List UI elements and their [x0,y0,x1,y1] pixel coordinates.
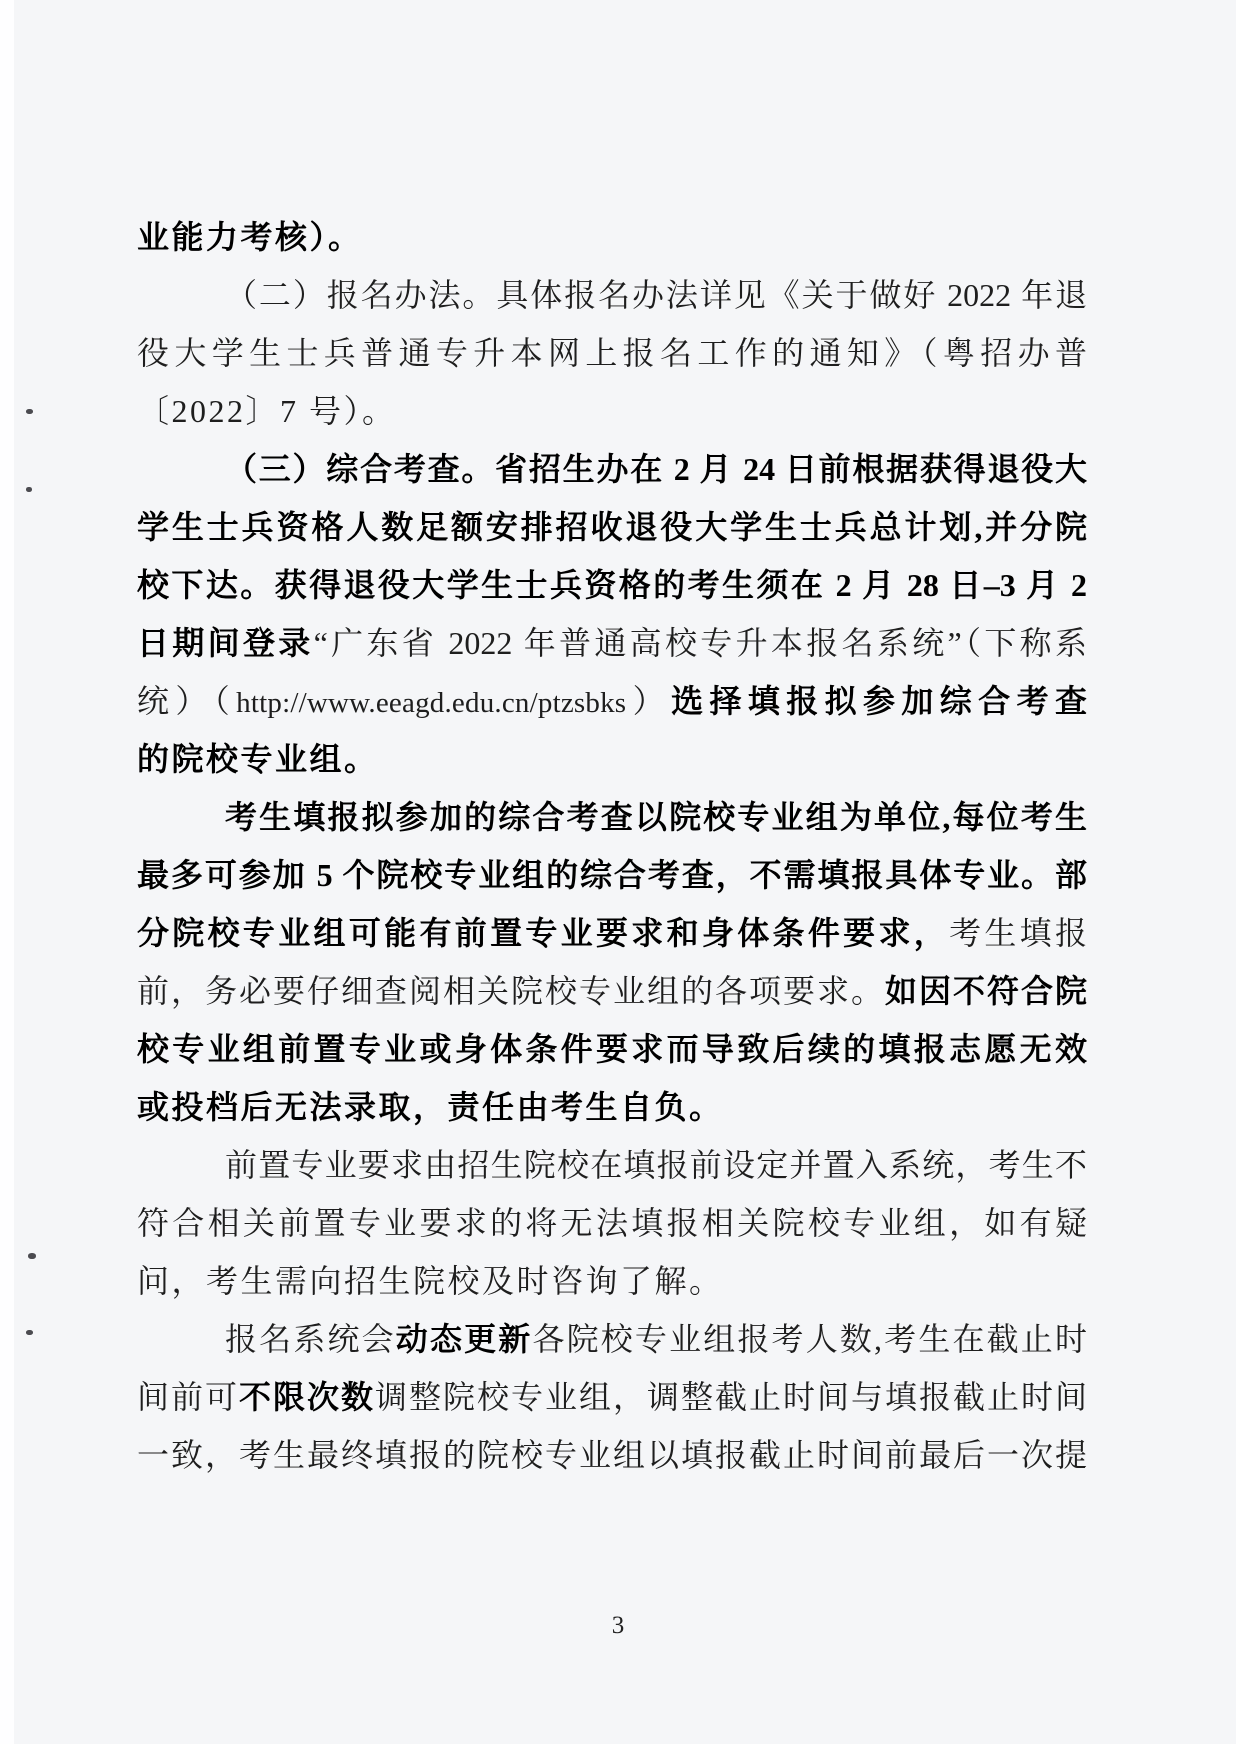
text-segment: 〔2022〕7 号）。 [137,393,397,429]
text-segment: 学生士兵资格人数足额安排招收退役大学生士兵总计划,并分院 [137,509,1087,545]
text-segment: 前，务必要仔细查阅相关院校专业组的各项要求。 [137,973,885,1009]
text-line: 最多可参加 5 个院校专业组的综合考查，不需填报具体专业。部 [137,846,1087,904]
text-line: （三）综合考查。省招生办在 2 月 24 日前根据获得退役大 [137,440,1087,498]
text-segment: 问，考生需向招生院校及时咨询了解。 [137,1263,724,1299]
text-line: 的院校专业组。 [137,730,1087,788]
text-segment: ） [626,683,671,719]
text-line: 前置专业要求由招生院校在填报前设定并置入系统，考生不 [137,1136,1087,1194]
text-line: 间前可不限次数调整院校专业组，调整截止时间与填报截止时间 [137,1368,1087,1426]
page-number: 3 [0,1612,1236,1640]
text-line: 〔2022〕7 号）。 [137,382,1087,440]
document-page: 业能力考核）。（二）报名办法。具体报名办法详见《关于做好 2022 年退役大学生… [0,0,1236,1744]
text-segment: 校专业组前置专业或身体条件要求而导致后续的填报志愿无效 [137,1031,1087,1067]
text-line: 分院校专业组可能有前置专业要求和身体条件要求，考生填报 [137,904,1087,962]
scan-speck [26,1330,33,1335]
text-line: 校下达。获得退役大学生士兵资格的考生须在 2 月 28 日–3 月 2 [137,556,1087,614]
text-segment: 如因不符合院 [885,973,1087,1009]
text-segment: 各院校专业组报考人数,考生在截止时 [532,1321,1087,1357]
text-line: 日期间登录“广东省 2022 年普通高校专升本报名系统”（下称系 [137,614,1087,672]
text-segment: 间前可 [137,1379,239,1415]
text-line: 学生士兵资格人数足额安排招收退役大学生士兵总计划,并分院 [137,498,1087,556]
url-text: http://www.eeagd.edu.cn/ptzsbks [236,687,626,719]
text-segment: 业能力考核）。 [137,219,363,255]
text-segment: 报名系统会 [225,1321,396,1357]
text-segment: 符合相关前置专业要求的将无法填报相关院校专业组，如有疑 [137,1205,1087,1241]
text-segment: 日期间登录 [137,625,314,661]
text-line: 统）（http://www.eeagd.edu.cn/ptzsbks）选择填报拟… [137,672,1087,730]
text-segment: 的院校专业组。 [137,741,379,777]
text-line: 符合相关前置专业要求的将无法填报相关院校专业组，如有疑 [137,1194,1087,1252]
scan-speck [26,409,33,414]
text-line: 一致，考生最终填报的院校专业组以填报截止时间前最后一次提 [137,1426,1087,1484]
text-segment: 动态更新 [396,1321,533,1357]
text-segment: （三）综合考查。省招生办在 2 月 24 日前根据获得退役大 [225,451,1087,487]
text-line: 业能力考核）。 [137,208,1087,266]
text-segment: 调整院校专业组，调整截止时间与填报截止时间 [375,1379,1087,1415]
text-line: （二）报名办法。具体报名办法详见《关于做好 2022 年退 [137,266,1087,324]
text-segment: 统）（ [137,683,236,719]
text-segment: “广东省 2022 年普通高校专升本报名系统”（下称系 [314,625,1087,661]
text-line: 或投档后无法录取，责任由考生自负。 [137,1078,1087,1136]
text-segment: 分院校专业组可能有前置专业要求和身体条件要求， [137,915,949,951]
text-segment: 一致，考生最终填报的院校专业组以填报截止时间前最后一次提 [137,1437,1087,1473]
text-segment: 考生填报拟参加的综合考查以院校专业组为单位,每位考生 [225,799,1087,835]
text-line: 校专业组前置专业或身体条件要求而导致后续的填报志愿无效 [137,1020,1087,1078]
text-line: 役大学生士兵普通专升本网上报名工作的通知》（粤招办普 [137,324,1087,382]
text-segment: 考生填报 [949,915,1087,951]
text-line: 报名系统会动态更新各院校专业组报考人数,考生在截止时 [137,1310,1087,1368]
scan-speck [28,1253,36,1259]
scan-edge-strip [0,0,14,1744]
text-segment: 最多可参加 5 个院校专业组的综合考查，不需填报具体专业。部 [137,857,1087,893]
text-line: 前，务必要仔细查阅相关院校专业组的各项要求。如因不符合院 [137,962,1087,1020]
text-segment: （二）报名办法。具体报名办法详见《关于做好 2022 年退 [225,277,1087,313]
text-segment: 役大学生士兵普通专升本网上报名工作的通知》（粤招办普 [137,335,1087,371]
text-line: 考生填报拟参加的综合考查以院校专业组为单位,每位考生 [137,788,1087,846]
text-segment: 或投档后无法录取，责任由考生自负。 [137,1089,724,1125]
text-segment: 校下达。获得退役大学生士兵资格的考生须在 2 月 28 日–3 月 2 [137,567,1087,603]
scan-speck [932,1327,937,1332]
document-body: 业能力考核）。（二）报名办法。具体报名办法详见《关于做好 2022 年退役大学生… [137,208,1087,1484]
text-segment: 选择填报拟参加综合考查 [671,683,1087,719]
scan-speck [26,487,32,492]
text-line: 问，考生需向招生院校及时咨询了解。 [137,1252,1087,1310]
text-segment: 不限次数 [239,1379,375,1415]
text-segment: 前置专业要求由招生院校在填报前设定并置入系统，考生不 [225,1147,1087,1183]
